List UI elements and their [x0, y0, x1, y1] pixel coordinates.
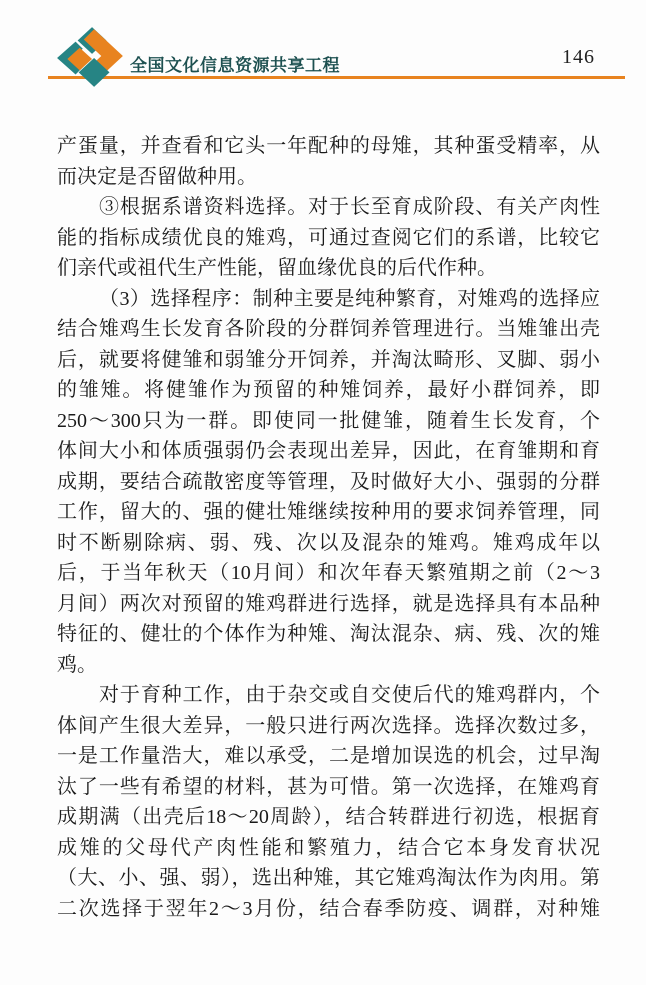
text-line: 产蛋量，并查看和它头一年配种的母雉，其种蛋受精率，从	[57, 131, 600, 162]
text-line: （3）选择程序：制种主要是纯种繁育，对雉鸡的选择应	[57, 284, 600, 315]
text-line: 的雏雉。将健雏作为预留的种雉饲养，最好小群饲养，即	[57, 375, 600, 406]
document-page: 全国文化信息资源共享工程 146 产蛋量，并查看和它头一年配种的母雉，其种蛋受精…	[0, 0, 646, 985]
text-line: 体间大小和体质强弱仍会表现出差异，因此，在育雏期和育	[57, 436, 600, 467]
text-line: 二次选择于翌年2～3月份，结合春季防疫、调群，对种雉	[57, 894, 600, 925]
text-line: 后，于当年秋天（10月间）和次年春天繁殖期之前（2～3	[57, 558, 600, 589]
text-line: 250～300只为一群。即使同一批健雏，随着生长发育，个	[57, 406, 600, 437]
text-line: ③根据系谱资料选择。对于长至育成阶段、有关产肉性	[57, 192, 600, 223]
text-line: 体间产生很大差异，一般只进行两次选择。选择次数过多，	[57, 711, 600, 742]
text-line: 成期满（出壳后18～20周龄），结合转群进行初选，根据育	[57, 802, 600, 833]
body-text: 产蛋量，并查看和它头一年配种的母雉，其种蛋受精率，从而决定是否留做种用。③根据系…	[57, 131, 600, 924]
text-line: 一是工作量浩大，难以承受，二是增加误选的机会，过早淘	[57, 741, 600, 772]
text-line: 月间）两次对预留的雉鸡群进行选择，就是选择具有本品种	[57, 589, 600, 620]
text-line: 成期，要结合疏散密度等管理，及时做好大小、强弱的分群	[57, 467, 600, 498]
text-line: 而决定是否留做种用。	[57, 162, 600, 193]
text-line: （大、小、强、弱），选出种雉，其它雉鸡淘汰作为肉用。第	[57, 863, 600, 894]
shared-project-logo-icon	[55, 27, 127, 87]
header-brand-title: 全国文化信息资源共享工程	[130, 51, 340, 76]
text-line: 时不断剔除病、弱、残、次以及混杂的雉鸡。雉鸡成年以	[57, 528, 600, 559]
text-line: 能的指标成绩优良的雉鸡，可通过查阅它们的系谱，比较它	[57, 223, 600, 254]
text-line: 工作，留大的、强的健壮雉继续按种用的要求饲养管理，同	[57, 497, 600, 528]
text-line: 们亲代或祖代生产性能，留血缘优良的后代作种。	[57, 253, 600, 284]
header-rule	[48, 76, 625, 79]
text-line: 特征的、健壮的个体作为种雉、淘汰混杂、病、残、次的雉	[57, 619, 600, 650]
text-line: 对于育种工作，由于杂交或自交使后代的雉鸡群内，个	[57, 680, 600, 711]
page-number: 146	[562, 46, 595, 69]
text-line: 结合雉鸡生长发育各阶段的分群饲养管理进行。当雉雏出壳	[57, 314, 600, 345]
text-line: 后，就要将健雏和弱雏分开饲养，并淘汰畸形、叉脚、弱小	[57, 345, 600, 376]
text-line: 汰了一些有希望的材料，甚为可惜。第一次选择，在雉鸡育	[57, 772, 600, 803]
text-line: 成雉的父母代产肉性能和繁殖力，结合它本身发育状况	[57, 833, 600, 864]
text-line: 鸡。	[57, 650, 600, 681]
